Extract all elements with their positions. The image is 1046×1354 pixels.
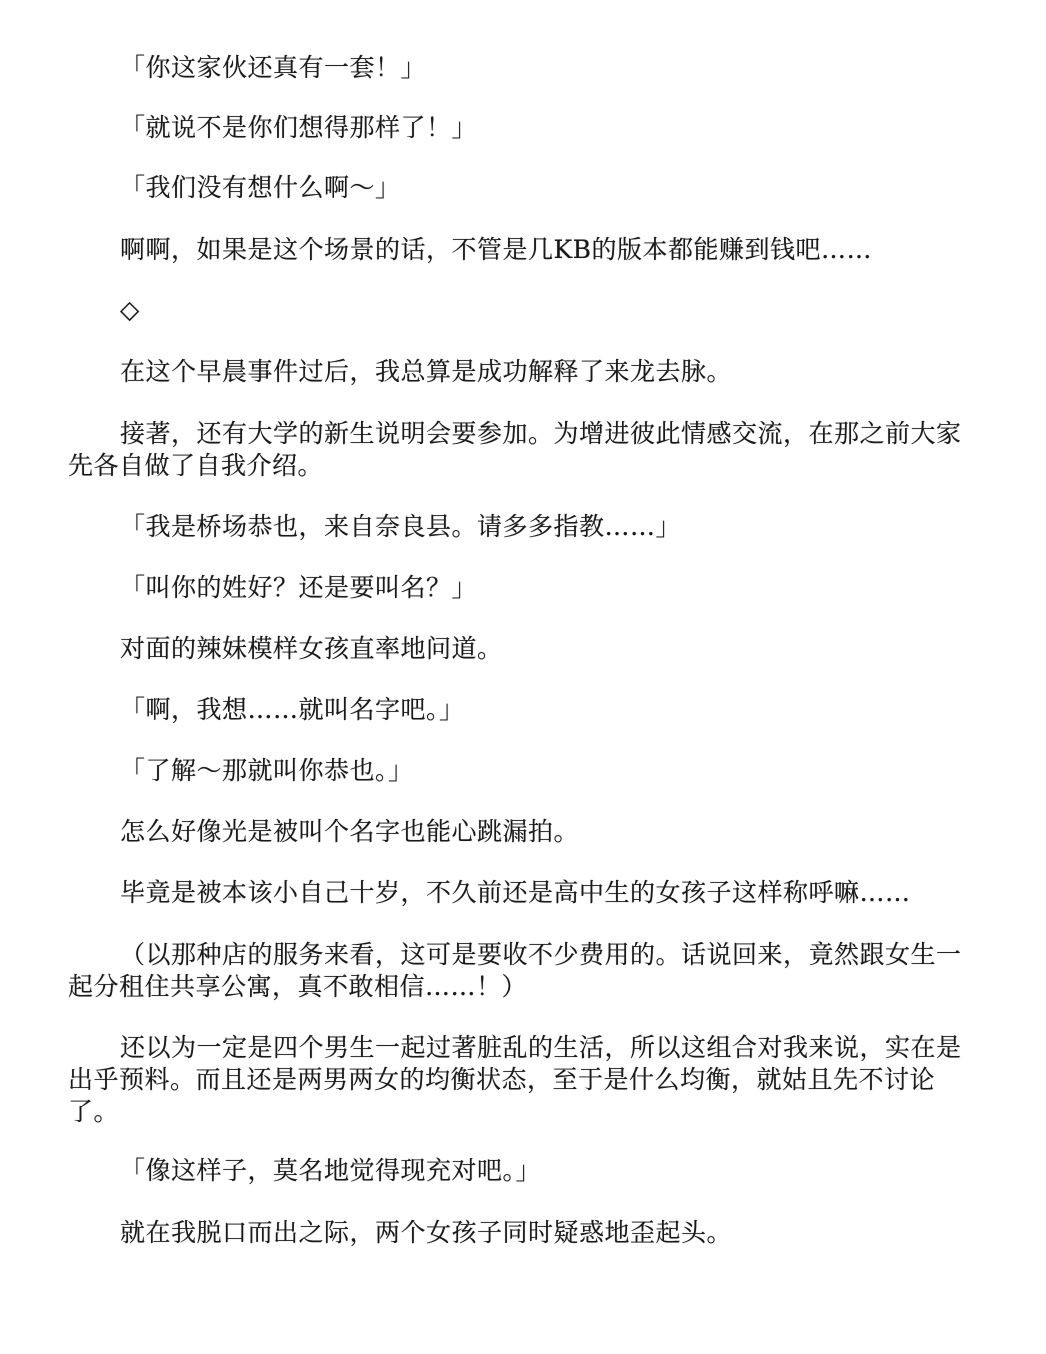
paragraph: 「啊，我想……就叫名字吧。」 bbox=[68, 694, 973, 726]
paragraph: 怎么好像光是被叫个名字也能心跳漏拍。 bbox=[68, 816, 973, 848]
paragraph: 「你这家伙还真有一套！」 bbox=[68, 52, 973, 84]
paragraph: 就在我脱口而出之际，两个女孩子同时疑惑地歪起头。 bbox=[68, 1217, 973, 1249]
paragraph: 还以为一定是四个男生一起过著脏乱的生活，所以这组合对我来说，实在是出乎预料。而且… bbox=[68, 1032, 973, 1128]
paragraph: 对面的辣妹模样女孩直率地问道。 bbox=[68, 633, 973, 665]
paragraph: 「我们没有想什么啊～」 bbox=[68, 172, 973, 204]
paragraph: 「了解～那就叫你恭也。」 bbox=[68, 755, 973, 787]
paragraph: 「像这样子，莫名地觉得现充对吧。」 bbox=[68, 1155, 973, 1187]
paragraph: 啊啊，如果是这个场景的话，不管是几KB的版本都能赚到钱吧…… bbox=[68, 234, 973, 266]
paragraph: 毕竟是被本该小自己十岁，不久前还是高中生的女孩子这样称呼嘛…… bbox=[68, 877, 973, 909]
paragraph: 接著，还有大学的新生说明会要参加。为增进彼此情感交流，在那之前大家先各自做了自我… bbox=[68, 418, 973, 482]
paragraph: 「叫你的姓好？还是要叫名？」 bbox=[68, 572, 973, 604]
document-page: 「你这家伙还真有一套！」 「就说不是你们想得那样了！」 「我们没有想什么啊～」 … bbox=[0, 0, 1046, 1354]
paragraph: 在这个早晨事件过后，我总算是成功解释了来龙去脉。 bbox=[68, 356, 973, 388]
scene-break-diamond: ◇ bbox=[68, 294, 973, 326]
paragraph: 「我是桥场恭也，来自奈良县。请多多指教……」 bbox=[68, 511, 973, 543]
paragraph: 「就说不是你们想得那样了！」 bbox=[68, 112, 973, 144]
paragraph: （以那种店的服务来看，这可是要收不少费用的。话说回来，竟然跟女生一起分租住共享公… bbox=[68, 939, 973, 1003]
